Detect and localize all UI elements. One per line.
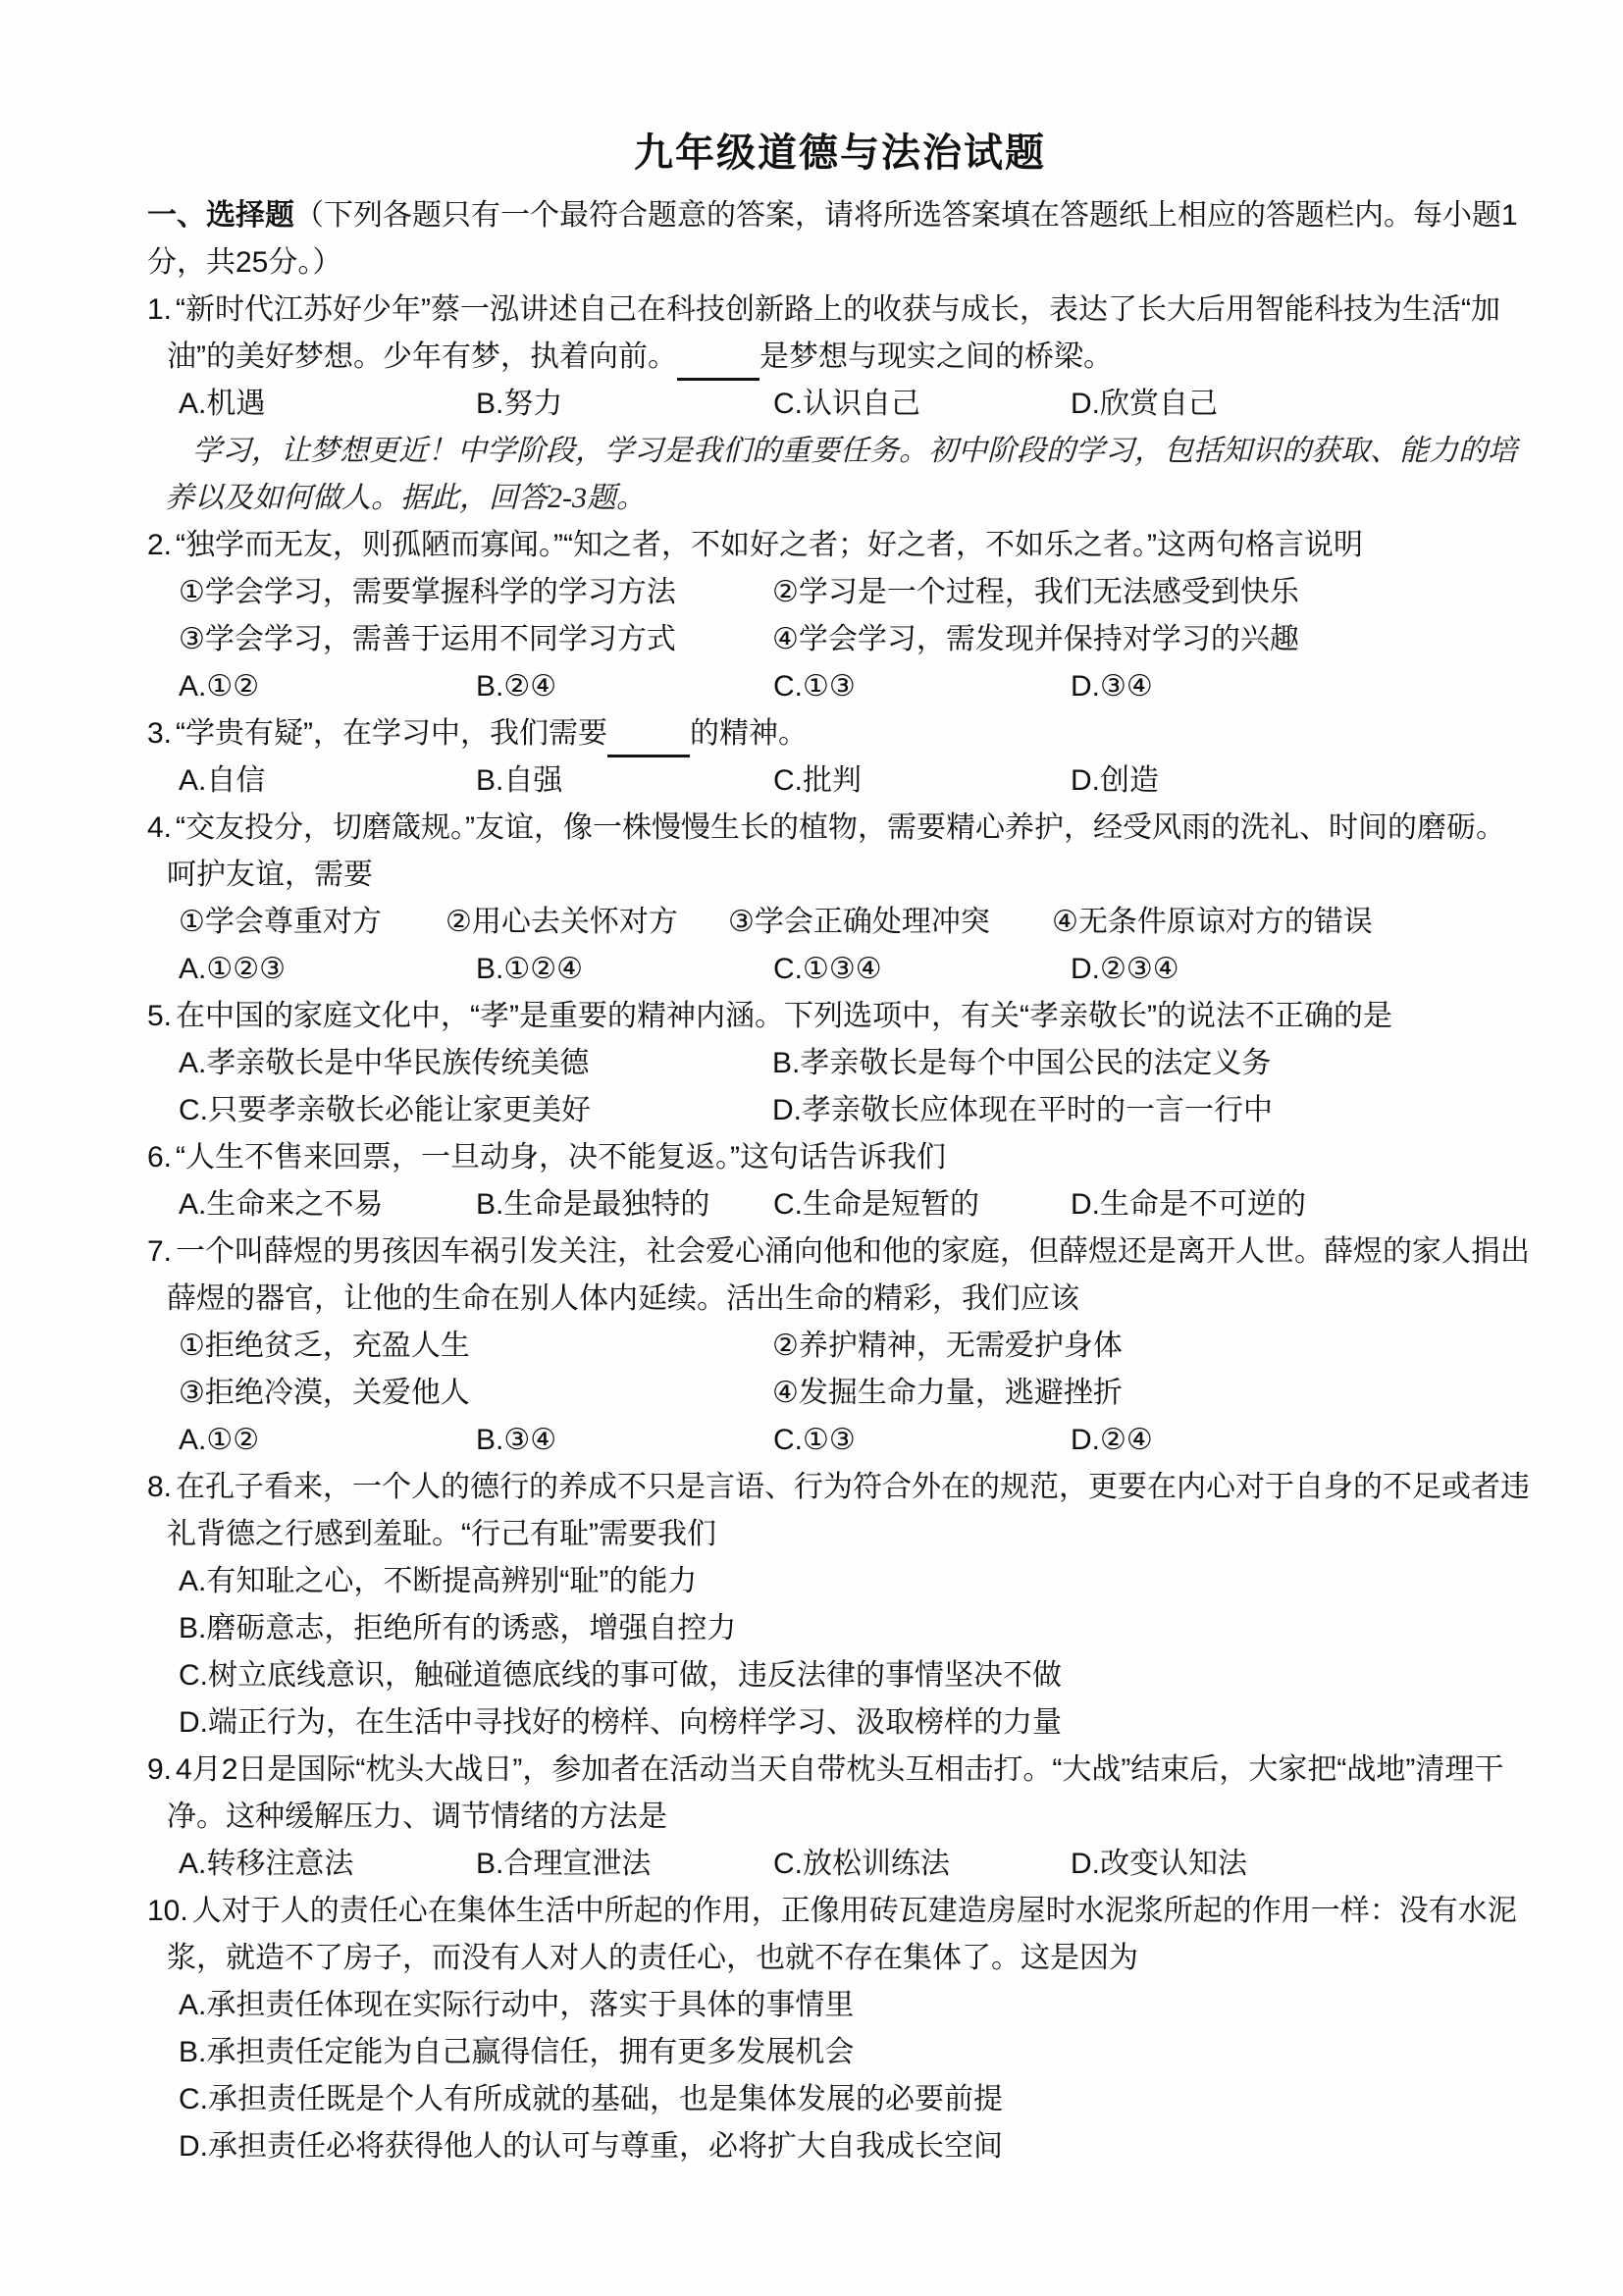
question-5-options-row-1: A.孝亲敬长是中华民族传统美德B.孝亲敬长是每个中国公民的法定义务 [179,1040,1533,1087]
sub-option-4: ④无条件原谅对方的错误 [1052,899,1373,946]
section-instructions: （下列各题只有一个最符合题意的答案，请将所选答案填在答题纸上相应的答题栏内。每小… [147,199,1518,279]
question-9-text: 4月2日是国际“枕头大战日”，参加者在活动当天自带枕头互相击打。“大战”结束后，… [167,1753,1503,1833]
option-b: B.承担责任定能为自己赢得信任，拥有更多发展机会 [179,2029,1533,2076]
question-3: 3.“学贵有疑”，在学习中，我们需要的精神。 A.自信B.自强C.批判D.创造 [147,710,1533,805]
option-c: C.①③ [773,1417,1071,1464]
option-a: A.转移注意法 [179,1841,476,1888]
option-b: B.③④ [476,1417,773,1464]
fill-blank [677,348,759,381]
option-d: D.欣赏自己 [1071,381,1218,428]
option-d: D.创造 [1071,757,1159,805]
question-number: 1. [147,293,176,326]
passage-2-3: 学习，让梦想更近！中学阶段，学习是我们的重要任务。初中阶段的学习，包括知识的获取… [165,428,1533,522]
question-7-stem: 7.一个叫薛煜的男孩因车祸引发关注，社会爱心涌向他和他的家庭，但薛煜还是离开人世… [147,1228,1533,1323]
option-b: B.合理宣泄法 [476,1841,773,1888]
sub-option-2: ②用心去关怀对方 [445,899,728,946]
option-a: A.孝亲敬长是中华民族传统美德 [179,1040,772,1087]
question-2-text: “独学而无友，则孤陋而寡闻。”“知之者，不如好之者；好之者，不如乐之者。”这两句… [176,529,1363,561]
question-2: 2.“独学而无友，则孤陋而寡闻。”“知之者，不如好之者；好之者，不如乐之者。”这… [147,522,1533,710]
option-c: C.放松训练法 [773,1841,1071,1888]
option-c: C.生命是短暂的 [773,1181,1071,1228]
question-4-options: A.①②③B.①②④C.①③④D.②③④ [179,946,1533,993]
question-10: 10.人对于人的责任心在集体生活中所起的作用，正像用砖瓦建造房屋时水泥浆所起的作… [147,1888,1533,2170]
section-label: 一、选择题 [147,199,294,232]
option-c: C.①③ [773,663,1071,710]
option-d: D.改变认知法 [1071,1841,1247,1888]
question-10-stem: 10.人对于人的责任心在集体生活中所起的作用，正像用砖瓦建造房屋时水泥浆所起的作… [147,1888,1533,1982]
question-number: 3. [147,717,176,750]
question-2-options: A.①②B.②④C.①③D.③④ [179,663,1533,710]
option-a: A.①②③ [179,946,476,993]
sub-option-3: ③学会学习，需善于运用不同学习方式 [179,616,772,663]
question-4-substatements: ①学会尊重对方②用心去关怀对方③学会正确处理冲突④无条件原谅对方的错误 [179,899,1533,946]
question-6-stem: 6.“人生不售来回票，一旦动身，决不能复返。”这句话告诉我们 [147,1134,1533,1181]
question-7-substatements-row-2: ③拒绝冷漠，关爱他人④发掘生命力量，逃避挫折 [179,1370,1533,1417]
question-1-options: A.机遇B.努力C.认识自己D.欣赏自己 [179,381,1533,428]
question-2-substatements-row-2: ③学会学习，需善于运用不同学习方式④学会学习，需发现并保持对学习的兴趣 [179,616,1533,663]
question-number: 7. [147,1235,176,1268]
option-d: D.③④ [1071,663,1153,710]
question-4-stem: 4.“交友投分，切磨箴规。”友谊，像一株慢慢生长的植物，需要精心养护，经受风雨的… [147,805,1533,899]
question-1-stem: 1.“新时代江苏好少年”蔡一泓讲述自己在科技创新路上的收获与成长，表达了长大后用… [147,287,1533,381]
question-3-options: A.自信B.自强C.批判D.创造 [179,757,1533,805]
question-7-text: 一个叫薛煜的男孩因车祸引发关注，社会爱心涌向他和他的家庭，但薛煜还是离开人世。薛… [167,1235,1530,1315]
question-8: 8.在孔子看来，一个人的德行的养成不只是言语、行为符合外在的规范，更要在内心对于… [147,1464,1533,1747]
option-c: C.批判 [773,757,1071,805]
option-a: A.机遇 [179,381,476,428]
question-5: 5.在中国的家庭文化中，“孝”是重要的精神内涵。下列选项中，有关“孝亲敬长”的说… [147,993,1533,1134]
question-3-text: “学贵有疑”，在学习中，我们需要 [176,717,607,750]
sub-option-3: ③学会正确处理冲突 [728,899,1052,946]
option-b: B.①②④ [476,946,773,993]
question-5-options-row-2: C.只要孝亲敬长必能让家更美好D.孝亲敬长应体现在平时的一言一行中 [179,1087,1533,1134]
option-b: B.生命是最独特的 [476,1181,773,1228]
question-8-text: 在孔子看来，一个人的德行的养成不只是言语、行为符合外在的规范，更要在内心对于自身… [167,1471,1530,1550]
option-a: A.①② [179,1417,476,1464]
question-6-options: A.生命来之不易B.生命是最独特的C.生命是短暂的D.生命是不可逆的 [179,1181,1533,1228]
question-8-stem: 8.在孔子看来，一个人的德行的养成不只是言语、行为符合外在的规范，更要在内心对于… [147,1464,1533,1558]
option-b: B.②④ [476,663,773,710]
option-b: B.努力 [476,381,773,428]
sub-option-4: ④发掘生命力量，逃避挫折 [772,1370,1123,1417]
option-a: A.有知耻之心，不断提高辨别“耻”的能力 [179,1558,1533,1605]
option-c: C.认识自己 [773,381,1071,428]
question-number: 5. [147,1000,176,1032]
question-6: 6.“人生不售来回票，一旦动身，决不能复返。”这句话告诉我们 A.生命来之不易B… [147,1134,1533,1228]
question-5-text: 在中国的家庭文化中，“孝”是重要的精神内涵。下列选项中，有关“孝亲敬长”的说法不… [176,1000,1392,1032]
question-number: 10. [147,1895,192,1927]
option-d: D.孝亲敬长应体现在平时的一言一行中 [772,1087,1273,1134]
question-4-text: “交友投分，切磨箴规。”友谊，像一株慢慢生长的植物，需要精心养护，经受风雨的洗礼… [167,811,1505,891]
question-3-text-after-blank: 的精神。 [690,717,808,750]
option-d: D.承担责任必将获得他人的认可与尊重，必将扩大自我成长空间 [179,2123,1533,2170]
question-10-text: 人对于人的责任心在集体生活中所起的作用，正像用砖瓦建造房屋时水泥浆所起的作用一样… [167,1895,1517,1974]
question-1: 1.“新时代江苏好少年”蔡一泓讲述自己在科技创新路上的收获与成长，表达了长大后用… [147,287,1533,428]
question-number: 4. [147,811,176,844]
question-5-stem: 5.在中国的家庭文化中，“孝”是重要的精神内涵。下列选项中，有关“孝亲敬长”的说… [147,993,1533,1040]
option-d: D.端正行为，在生活中寻找好的榜样、向榜样学习、汲取榜样的力量 [179,1699,1533,1747]
option-a: A.生命来之不易 [179,1181,476,1228]
question-9: 9.4月2日是国际“枕头大战日”，参加者在活动当天自带枕头互相击打。“大战”结束… [147,1747,1533,1888]
question-9-stem: 9.4月2日是国际“枕头大战日”，参加者在活动当天自带枕头互相击打。“大战”结束… [147,1747,1533,1841]
question-1-text-after-blank: 是梦想与现实之间的桥梁。 [759,340,1113,373]
option-a: A.承担责任体现在实际行动中，落实于具体的事情里 [179,1982,1533,2029]
sub-option-1: ①学会尊重对方 [179,899,445,946]
question-4: 4.“交友投分，切磨箴规。”友谊，像一株慢慢生长的植物，需要精心养护，经受风雨的… [147,805,1533,993]
option-c: C.树立底线意识，触碰道德底线的事可做，违反法律的事情坚决不做 [179,1652,1533,1699]
question-2-stem: 2.“独学而无友，则孤陋而寡闻。”“知之者，不如好之者；好之者，不如乐之者。”这… [147,522,1533,569]
option-a: A.①② [179,663,476,710]
option-b: B.磨砺意志，拒绝所有的诱惑，增强自控力 [179,1605,1533,1652]
section-heading: 一、选择题（下列各题只有一个最符合题意的答案，请将所选答案填在答题纸上相应的答题… [147,192,1533,287]
question-number: 2. [147,529,176,561]
question-9-options: A.转移注意法B.合理宣泄法C.放松训练法D.改变认知法 [179,1841,1533,1888]
sub-option-1: ①学会学习，需要掌握科学的学习方法 [179,569,772,616]
page-title: 九年级道德与法治试题 [147,128,1533,179]
option-c: C.承担责任既是个人有所成就的基础，也是集体发展的必要前提 [179,2076,1533,2123]
sub-option-1: ①拒绝贫乏，充盈人生 [179,1323,772,1370]
question-7-substatements-row-1: ①拒绝贫乏，充盈人生②养护精神，无需爱护身体 [179,1323,1533,1370]
question-3-stem: 3.“学贵有疑”，在学习中，我们需要的精神。 [147,710,1533,757]
option-d: D.②③④ [1071,946,1179,993]
question-7: 7.一个叫薛煜的男孩因车祸引发关注，社会爱心涌向他和他的家庭，但薛煜还是离开人世… [147,1228,1533,1464]
question-number: 9. [147,1753,176,1786]
option-b: B.孝亲敬长是每个中国公民的法定义务 [772,1040,1271,1087]
option-b: B.自强 [476,757,773,805]
option-c: C.只要孝亲敬长必能让家更美好 [179,1087,772,1134]
exam-page: 九年级道德与法治试题 一、选择题（下列各题只有一个最符合题意的答案，请将所选答案… [0,0,1623,2296]
sub-option-3: ③拒绝冷漠，关爱他人 [179,1370,772,1417]
option-d: D.生命是不可逆的 [1071,1181,1306,1228]
question-7-options: A.①②B.③④C.①③D.②④ [179,1417,1533,1464]
sub-option-4: ④学会学习，需发现并保持对学习的兴趣 [772,616,1299,663]
option-c: C.①③④ [773,946,1071,993]
sub-option-2: ②养护精神，无需爱护身体 [772,1323,1123,1370]
question-number: 8. [147,1471,176,1503]
option-a: A.自信 [179,757,476,805]
option-d: D.②④ [1071,1417,1153,1464]
question-number: 6. [147,1141,176,1174]
question-2-substatements-row-1: ①学会学习，需要掌握科学的学习方法②学习是一个过程，我们无法感受到快乐 [179,569,1533,616]
fill-blank [607,725,690,757]
sub-option-2: ②学习是一个过程，我们无法感受到快乐 [772,569,1299,616]
question-6-text: “人生不售来回票，一旦动身，决不能复返。”这句话告诉我们 [176,1141,946,1174]
